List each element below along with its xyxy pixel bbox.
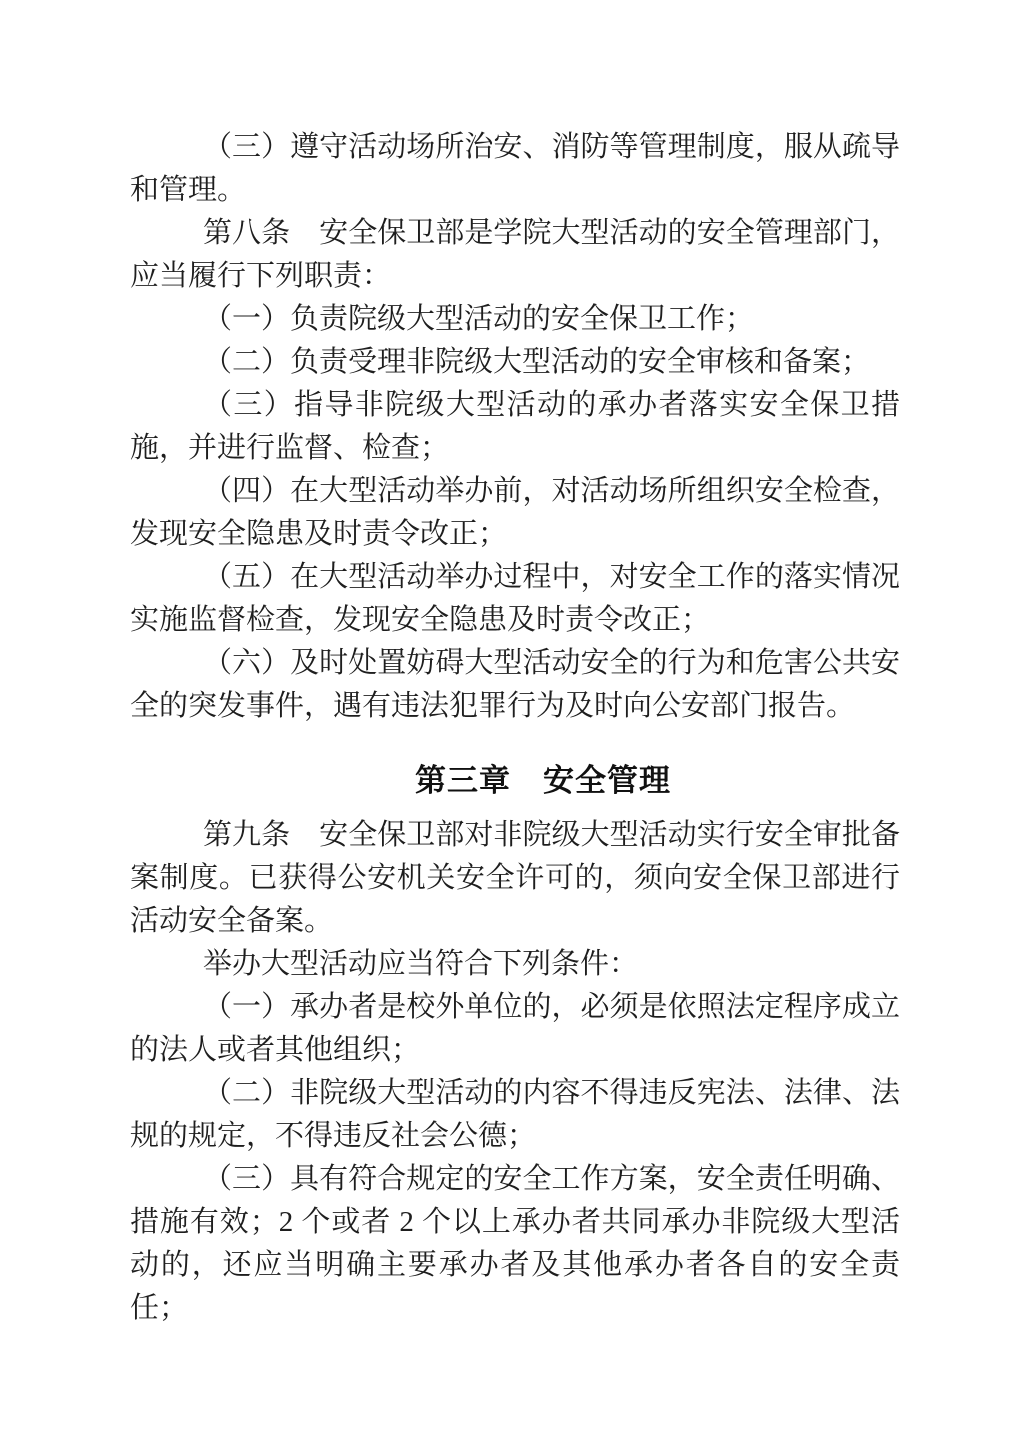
body-paragraph: （六）及时处置妨碍大型活动安全的行为和危害公共安全的突发事件，遇有违法犯罪行为及… <box>130 642 900 728</box>
body-paragraph-article-8: 第八条 安全保卫部是学院大型活动的安全管理部门，应当履行下列职责： <box>130 212 900 298</box>
body-paragraph: （一）负责院级大型活动的安全保卫工作； <box>130 298 900 341</box>
body-paragraph: （三）指导非院级大型活动的承办者落实安全保卫措施，并进行监督、检查； <box>130 384 900 470</box>
body-paragraph-article-9: 第九条 安全保卫部对非院级大型活动实行安全审批备案制度。已获得公安机关安全许可的… <box>130 814 900 943</box>
document-page: （三）遵守活动场所治安、消防等管理制度，服从疏导和管理。 第八条 安全保卫部是学… <box>0 0 1024 1448</box>
document-text-block: （三）遵守活动场所治安、消防等管理制度，服从疏导和管理。 第八条 安全保卫部是学… <box>130 126 900 1330</box>
body-paragraph: （一）承办者是校外单位的，必须是依照法定程序成立的法人或者其他组织； <box>130 986 900 1072</box>
body-paragraph: （四）在大型活动举办前，对活动场所组织安全检查，发现安全隐患及时责令改正； <box>130 470 900 556</box>
body-paragraph: （二）非院级大型活动的内容不得违反宪法、法律、法规的规定，不得违反社会公德； <box>130 1072 900 1158</box>
body-paragraph: （五）在大型活动举办过程中，对安全工作的落实情况实施监督检查，发现安全隐患及时责… <box>130 556 900 642</box>
body-paragraph: 举办大型活动应当符合下列条件： <box>130 943 900 986</box>
body-paragraph: （三）具有符合规定的安全工作方案，安全责任明确、措施有效；2 个或者 2 个以上… <box>130 1158 900 1330</box>
body-paragraph: （三）遵守活动场所治安、消防等管理制度，服从疏导和管理。 <box>130 126 900 212</box>
chapter-heading: 第三章 安全管理 <box>130 759 900 802</box>
body-paragraph: （二）负责受理非院级大型活动的安全审核和备案； <box>130 341 900 384</box>
